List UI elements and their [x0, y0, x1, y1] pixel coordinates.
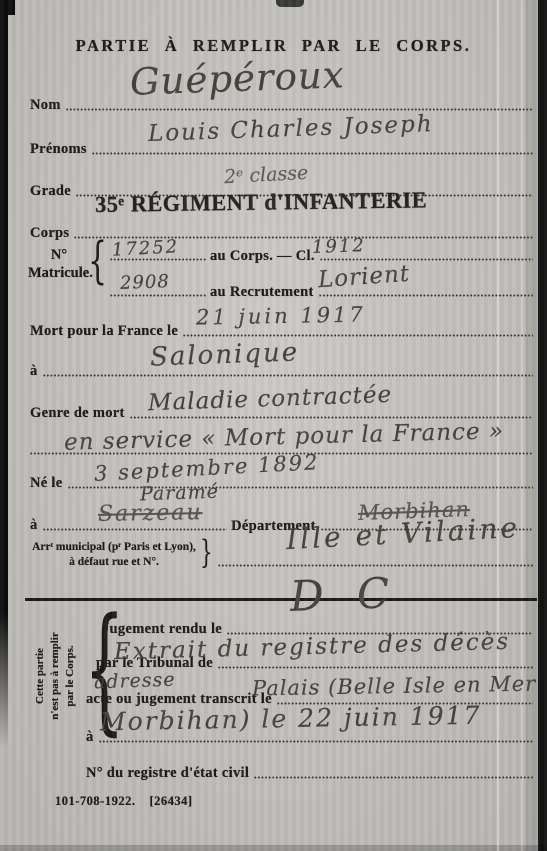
mort-a-label: à: [30, 364, 38, 379]
dotted-line: [43, 374, 533, 377]
sidebar-note-line2: n'est pas à remplir: [48, 596, 63, 756]
transcription-suite-handwritten: Morbihan) le 22 juin 1917: [100, 703, 482, 735]
scan-edge-right: [538, 0, 547, 851]
print-code: 101-708-1922.: [55, 794, 135, 808]
arrondissement-label-line1: Arrᵗ municipal (pʳ Paris et Lyon),: [28, 540, 200, 555]
registre-label: N° du registre d'état civil: [86, 766, 249, 781]
scan-edge-left: [0, 0, 8, 748]
au-corps-label: au Corps. — Cl.: [210, 249, 315, 264]
dotted-line: [92, 152, 533, 155]
scan-top-mark: [276, 0, 304, 7]
nom-handwritten-value: Guépéroux: [129, 56, 345, 100]
dotted-line: [110, 294, 206, 297]
scan-corner-mark: [0, 0, 15, 15]
death-date-handwritten: 21 juin 1917: [196, 305, 366, 329]
print-reference: 101-708-1922.[26434]: [55, 794, 207, 809]
grade-label: Grade: [30, 184, 71, 199]
birth-place-struck-handwritten: Sarzeau: [98, 502, 203, 526]
sidebar-note-line1: Cette partie: [33, 596, 48, 756]
dotted-line: [66, 108, 533, 111]
grade-handwritten-value: 2ᵉ classe: [224, 164, 309, 187]
matricule-label-word: Matricule.: [28, 264, 90, 282]
sidebar-note-line3: par le Corps.: [63, 596, 78, 756]
matricule-corps-number: 17252: [112, 238, 180, 259]
form-title: PARTIE À REMPLIR PAR LE CORPS.: [0, 36, 547, 56]
dotted-line: [183, 334, 533, 337]
dotted-line: [68, 486, 534, 489]
classe-handwritten-value: 1912: [312, 237, 366, 257]
genre-de-mort-label: Genre de mort: [30, 406, 125, 421]
arrondissement-label: Arrᵗ municipal (pʳ Paris et Lyon), à déf…: [28, 540, 200, 570]
arrondissement-brace: }: [200, 536, 213, 568]
arrondissement-dotted-row: [218, 546, 533, 568]
field-row-registre: N° du registre d'état civil: [86, 758, 533, 780]
scanned-military-death-record: PARTIE À REMPLIR PAR LE CORPS. Nom Guépé…: [0, 0, 547, 851]
sidebar-note: Cette partie n'est pas à remplir par le …: [33, 596, 81, 756]
dotted-line: [99, 740, 533, 743]
ne-le-label: Né le: [30, 476, 63, 491]
transcription-annotation-handwritten: adresse: [94, 671, 176, 693]
corps-label: Corps: [30, 226, 69, 241]
arrondissement-label-line2: à défaut rue et N°.: [28, 555, 200, 570]
mort-le-label: Mort pour la France le: [30, 324, 178, 339]
au-recrutement-label: au Recrutement: [210, 285, 314, 300]
nom-label: Nom: [30, 98, 61, 113]
jugement-label: Jugement rendu le: [102, 622, 222, 637]
prenoms-label: Prénoms: [30, 142, 87, 157]
dotted-line: [43, 528, 228, 531]
matricule-label: N° Matricule.: [28, 246, 90, 282]
transcription-place-handwritten: Palais (Belle Isle en Mer: [252, 674, 537, 700]
clerk-initials-handwritten: D C: [289, 572, 400, 618]
ne-a-label: à: [30, 518, 38, 533]
matricule-brace: {: [88, 238, 107, 288]
matricule-label-no: N°: [28, 246, 90, 264]
matricule-recrutement-number: 2908: [120, 273, 170, 293]
dotted-line: [218, 666, 533, 669]
transcription-a-label: à: [86, 730, 94, 745]
dotted-line: [218, 564, 533, 567]
regiment-stamp: 35ᵉ RÉGIMENT d'INFANTERIE: [95, 187, 427, 218]
dotted-line: [254, 776, 533, 779]
dotted-line: [320, 258, 533, 261]
scan-edge-bottom: [0, 845, 547, 851]
dotted-line: [319, 294, 533, 297]
print-bracket-number: [26434]: [149, 794, 192, 808]
death-place-handwritten: Salonique: [150, 339, 300, 370]
